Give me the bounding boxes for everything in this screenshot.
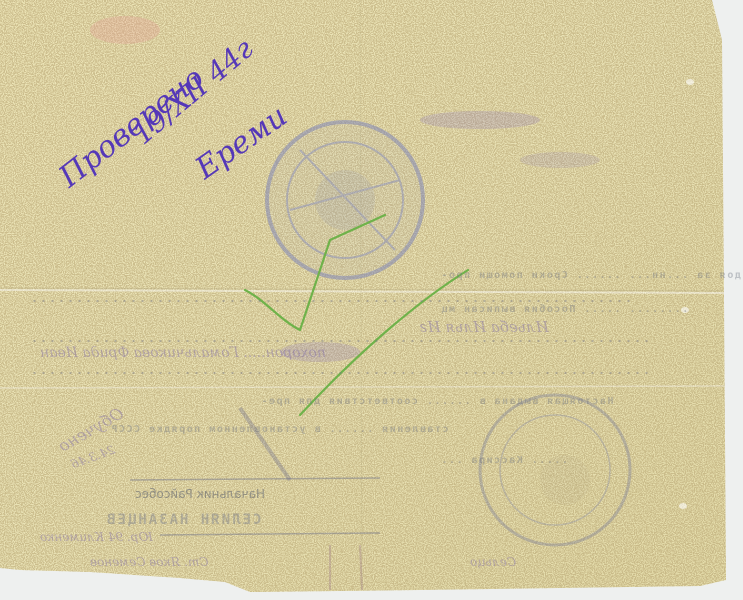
- bleed-line-2: ........ ..... Пособия выписан мц: [440, 304, 688, 315]
- bleed-script-2: похорон..... Гомальчикова Фрида Иван: [40, 345, 326, 361]
- bleed-line-1: м доя за ...нн... ...... Сроки помощи пр…: [440, 270, 743, 281]
- faint-handwriting-3: Юр. 94 Клименко: [40, 530, 153, 544]
- faint-handwriting-5: Сельцо: [470, 555, 516, 569]
- dotted-line: [30, 372, 650, 374]
- stamp-title: Начальник Райсобес: [135, 487, 265, 501]
- bleed-line-6: ..... Кассира ...: [440, 455, 568, 466]
- round-stamp-center: [267, 122, 423, 278]
- bleed-line-4: Настоящая выдана в ...... соответствия д…: [260, 396, 613, 407]
- dotted-line: [30, 300, 630, 302]
- bleed-line-5: ставления ...... в установленном порядке…: [110, 424, 448, 435]
- bleed-script-1: Ильеба Илья Иг: [420, 318, 549, 336]
- dotted-line: [30, 340, 650, 342]
- stamp-name: СЕЛИЯН НАЗАНЦЕВ: [105, 512, 261, 528]
- scanned-document: м доя за ...нн... ...... Сроки помощи пр…: [0, 0, 743, 600]
- red-faint-stamp: [90, 16, 160, 44]
- faint-handwriting-4: Ст. Яков Семенов: [90, 555, 209, 569]
